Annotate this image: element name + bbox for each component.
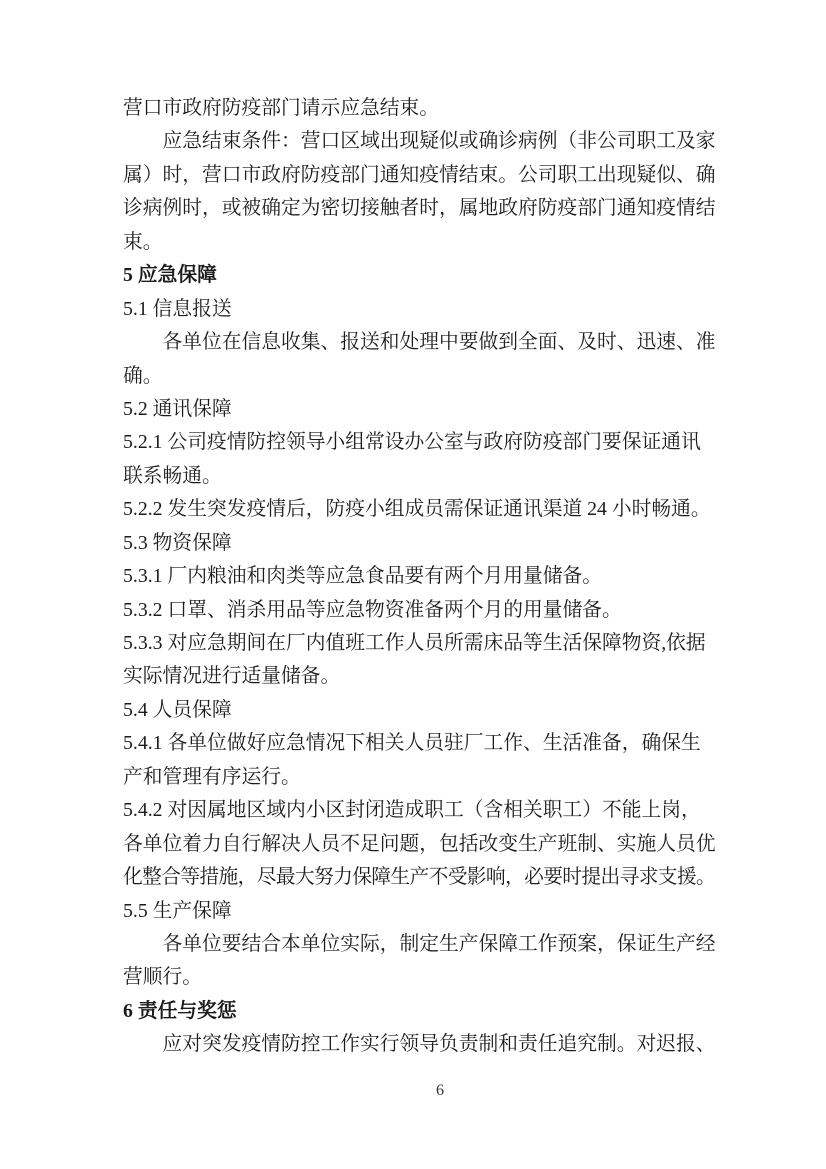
clause-5-4-2-line: 化整合等措施，尽最大努力保障生产不受影响，必要时提出寻求支援。 <box>123 861 719 894</box>
para-emergency-end-line: 束。 <box>123 226 719 259</box>
para-emergency-end-line: 诊病例时，或被确定为密切接触者时，属地政府防疫部门通知疫情结 <box>123 192 719 225</box>
heading-section-5: 5 应急保障 <box>123 259 719 292</box>
para-5-5-line: 各单位要结合本单位实际，制定生产保障工作预案，保证生产经 <box>123 928 719 961</box>
para-emergency-end-line: 应急结束条件：营口区域出现疑似或确诊病例（非公司职工及家 <box>123 125 719 158</box>
clause-5-4-2-line: 各单位着力自行解决人员不足问题，包括改变生产班制、实施人员优 <box>123 828 719 861</box>
para-5-5-line: 营顺行。 <box>123 961 719 994</box>
para-5-1-line: 各单位在信息收集、报送和处理中要做到全面、及时、迅速、准 <box>123 326 719 359</box>
clause-5-3-2-line: 5.3.2 口罩、消杀用品等应急物资准备两个月的用量储备。 <box>123 594 719 627</box>
para-continuation-line: 营口市政府防疫部门请示应急结束。 <box>123 92 719 125</box>
heading-5-3: 5.3 物资保障 <box>123 527 719 560</box>
para-emergency-end-line: 属）时，营口市政府防疫部门通知疫情结束。公司职工出现疑似、确 <box>123 159 719 192</box>
heading-5-4: 5.4 人员保障 <box>123 694 719 727</box>
clause-5-4-1-line: 产和管理有序运行。 <box>123 761 719 794</box>
clause-5-3-3-line: 5.3.3 对应急期间在厂内值班工作人员所需床品等生活保障物资,依据 <box>123 627 719 660</box>
page-number: 6 <box>436 1082 444 1100</box>
clause-5-4-2-line: 5.4.2 对因属地区域内小区封闭造成职工（含相关职工）不能上岗， <box>123 794 719 827</box>
heading-section-6: 6 责任与奖惩 <box>123 995 719 1028</box>
clause-5-3-3-line: 实际情况进行适量储备。 <box>123 660 719 693</box>
clause-5-2-1-line: 联系畅通。 <box>123 460 719 493</box>
document-page: 营口市政府防疫部门请示应急结束。 应急结束条件：营口区域出现疑似或确诊病例（非公… <box>123 92 719 1062</box>
clause-5-2-1-line: 5.2.1 公司疫情防控领导小组常设办公室与政府防疫部门要保证通讯 <box>123 426 719 459</box>
clause-5-2-2-line: 5.2.2 发生突发疫情后，防疫小组成员需保证通讯渠道 24 小时畅通。 <box>123 493 719 526</box>
heading-5-5: 5.5 生产保障 <box>123 895 719 928</box>
para-section-6-line: 应对突发疫情防控工作实行领导负责制和责任追究制。对迟报、 <box>123 1028 719 1061</box>
clause-5-3-1-line: 5.3.1 厂内粮油和肉类等应急食品要有两个月用量储备。 <box>123 560 719 593</box>
heading-5-2: 5.2 通讯保障 <box>123 393 719 426</box>
para-5-1-line: 确。 <box>123 360 719 393</box>
heading-5-1: 5.1 信息报送 <box>123 293 719 326</box>
clause-5-4-1-line: 5.4.1 各单位做好应急情况下相关人员驻厂工作、生活准备，确保生 <box>123 727 719 760</box>
